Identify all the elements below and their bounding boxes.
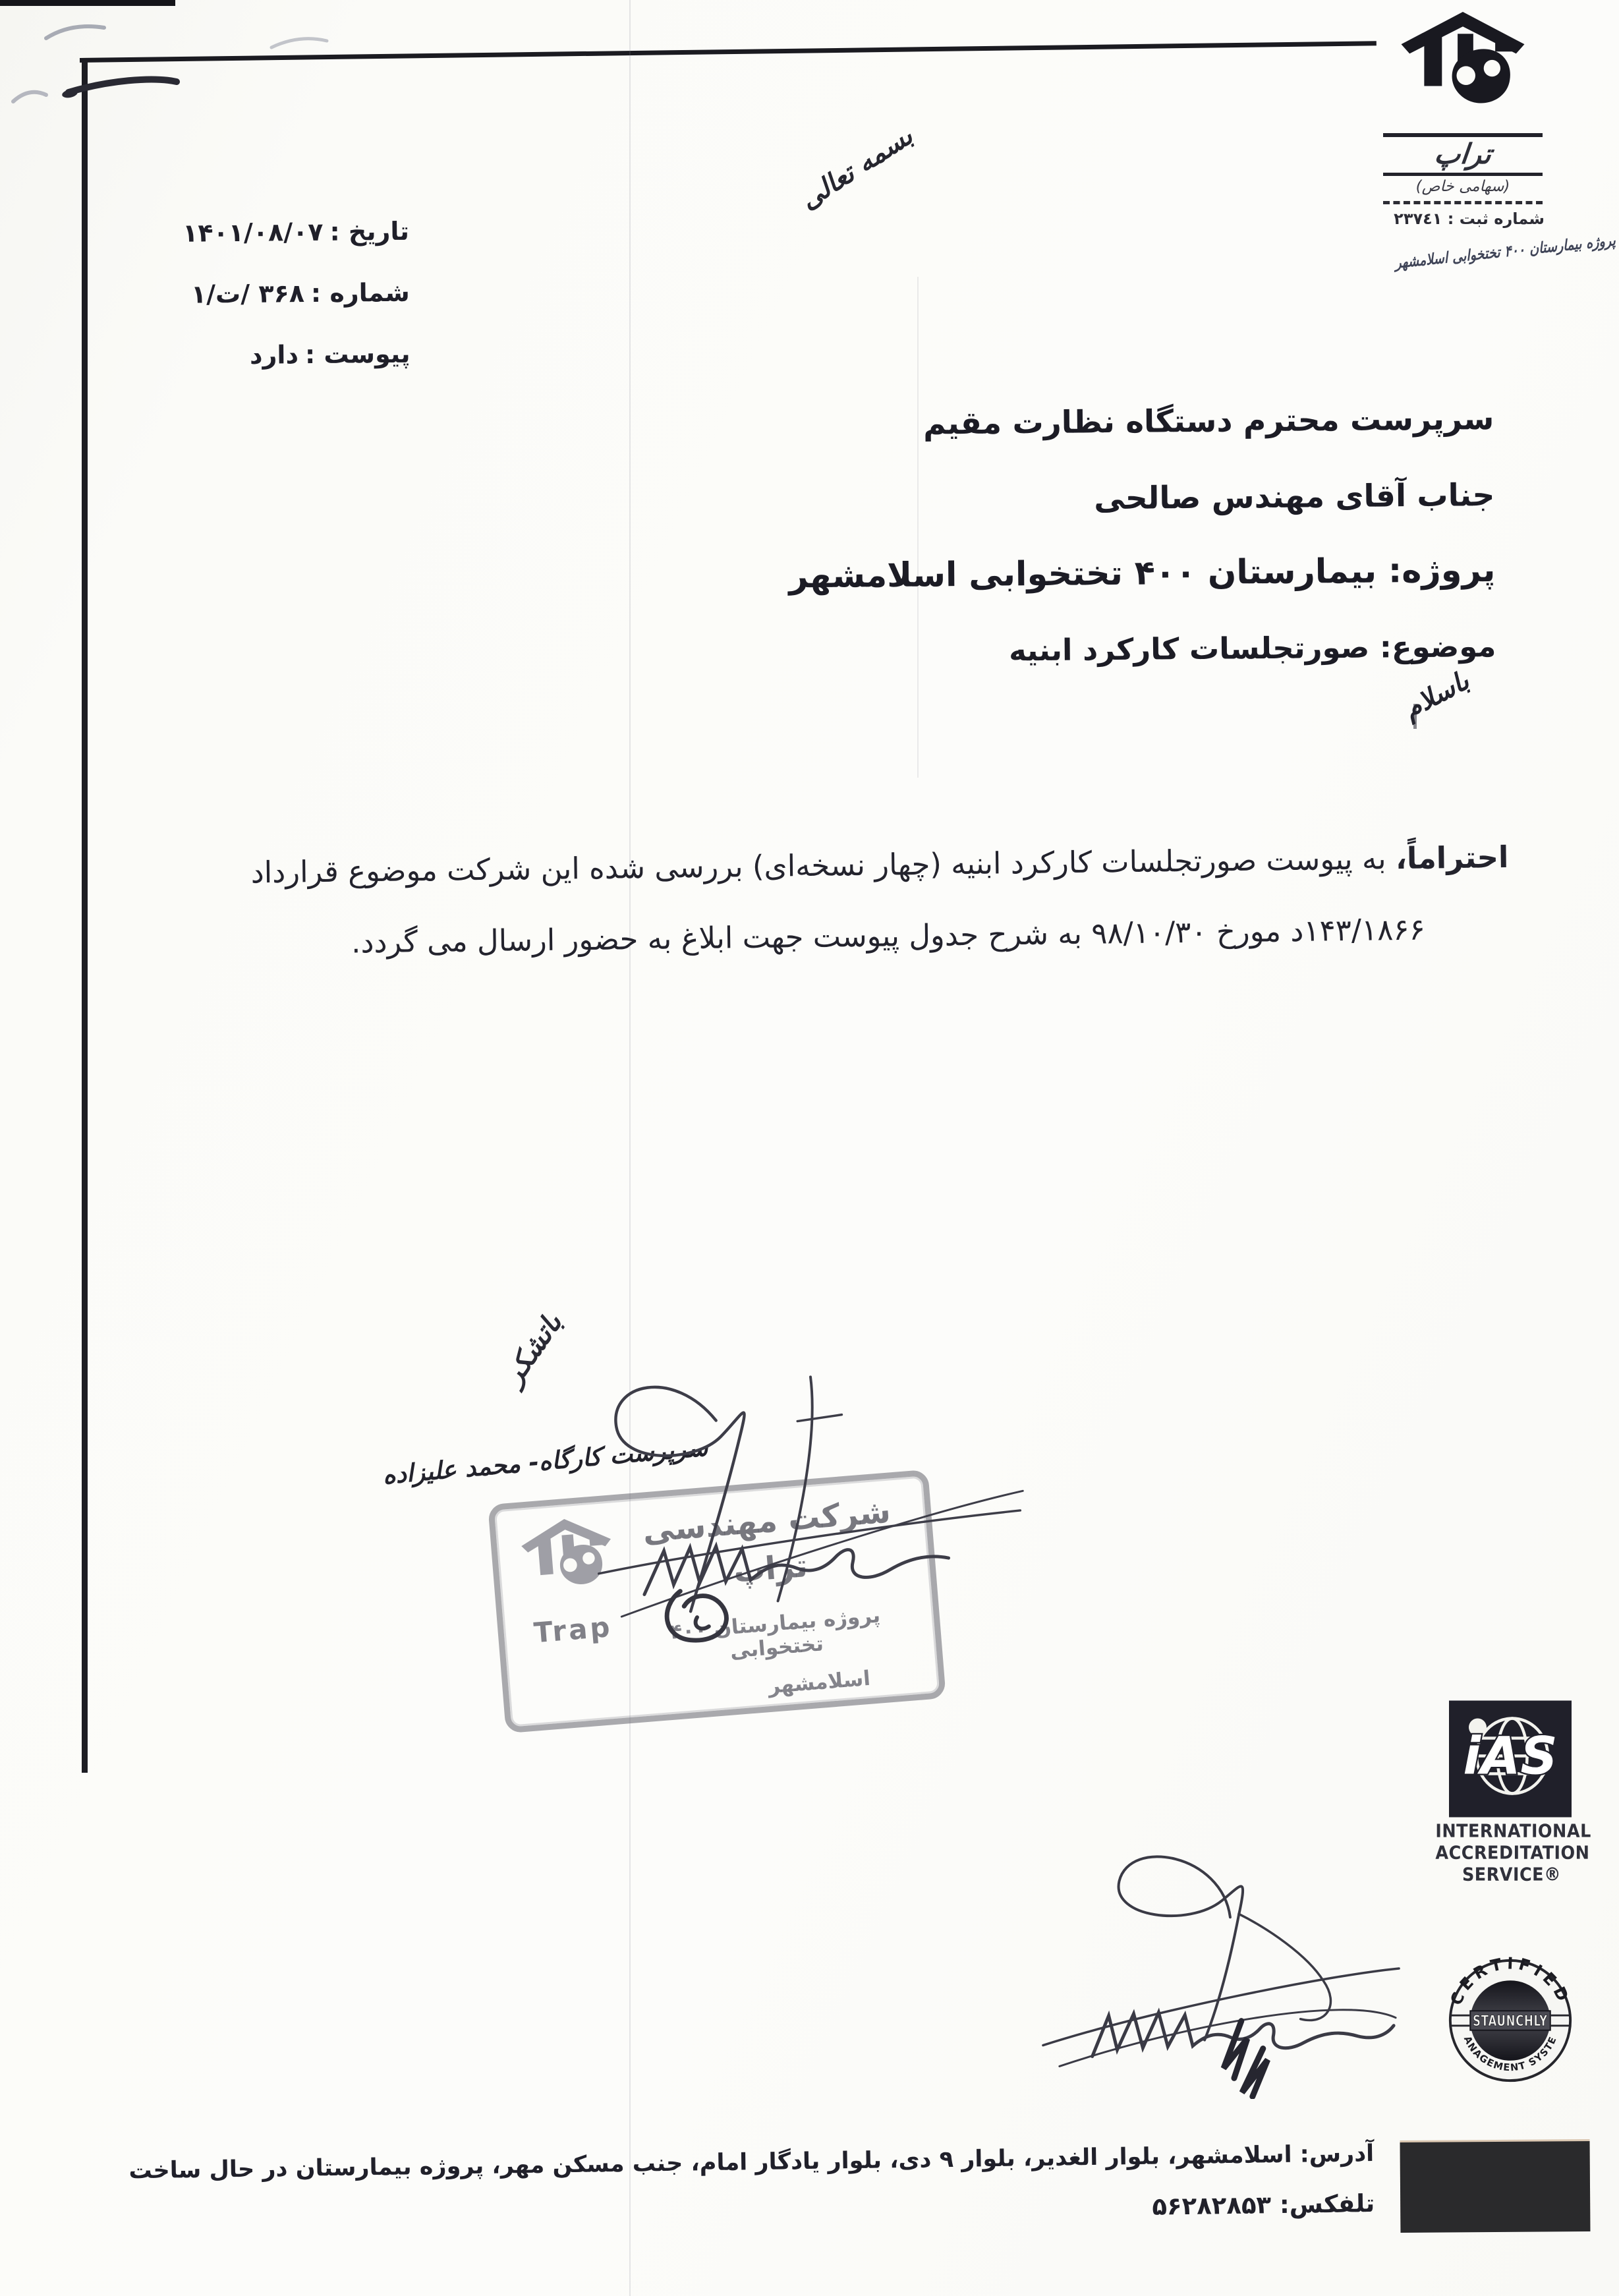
number-row: شماره :۳۶۸ /ت/۱ xyxy=(212,278,411,341)
footer-address: آدرس: اسلامشهر، بلوار الغدیر، بلوار ۹ دی… xyxy=(128,2140,1374,2184)
left-border-rule xyxy=(82,61,88,1773)
body-line-2: ۱۴۳/۱۸۶۶د مورخ ۹۸/۱۰/۳۰ به شرح جدول پیوس… xyxy=(349,909,1425,963)
registration-number: شماره ثبت : ٢٣٧٤١ xyxy=(1381,210,1545,228)
ias-caption-line3: SERVICE® xyxy=(1435,1864,1587,1886)
ias-caption: INTERNATIONAL ACCREDITATION SERVICE® xyxy=(1435,1821,1587,1886)
company-type: (سهامی خاص) xyxy=(1381,178,1545,195)
recipient-name: جناب آقای مهندس صالحی xyxy=(788,477,1495,557)
ias-caption-line2: ACCREDITATION xyxy=(1435,1843,1587,1864)
letterhead-divider xyxy=(1383,133,1543,137)
recipient-block: سرپرست محترم دستگاه نظارت مقیم جناب آقای… xyxy=(787,401,1496,701)
number-label: شماره : xyxy=(311,278,410,308)
letterhead: تراپ (سهامی خاص) شماره ثبت : ٢٣٧٤١ xyxy=(1381,5,1545,228)
body-line-1-text: به پیوست صورتجلسات کارکرد ابنیه (چهار نس… xyxy=(250,841,1396,890)
letter-body: احتراماً، به پیوست صورتجلسات کارکرد ابنی… xyxy=(349,837,1510,963)
date-label: تاریخ : xyxy=(329,217,409,246)
handwritten-project-note: پروژه بیمارستان ۴۰۰ تختخوابی اسلامشهر xyxy=(1395,232,1616,272)
closing-thanks: باتشکر xyxy=(497,1307,569,1390)
attachment-value: دارد xyxy=(250,340,298,370)
scanned-letter-page: تراپ (سهامی خاص) شماره ثبت : ٢٣٧٤١ پروژه… xyxy=(0,0,1619,2296)
seal-center-text: STAUNCHLY xyxy=(1473,2013,1548,2030)
company-name: تراپ xyxy=(1379,138,1546,170)
letter-meta-block: تاریخ :۱۴۰۱/۰۸/۰۷ شماره :۳۶۸ /ت/۱ پیوست … xyxy=(212,217,411,403)
letterhead-divider xyxy=(1383,173,1543,176)
body-lead-word: احتراماً، xyxy=(1396,840,1509,876)
approver-signature-icon xyxy=(1030,1821,1411,2099)
site-supervisor-signature-icon xyxy=(582,1356,1038,1661)
stamp-city-line: اسلامشهر xyxy=(712,1662,926,1703)
project-line: پروژه: بیمارستان ۴۰۰ تختخوابی اسلامشهر xyxy=(789,551,1496,635)
number-value: ۳۶۸ /ت/۱ xyxy=(191,279,304,308)
subject-line: موضوع: صورتجلسات کارکرد ابنیه xyxy=(789,629,1496,701)
date-row: تاریخ :۱۴۰۱/۰۸/۰۷ xyxy=(212,217,410,280)
recipient-title: سرپرست محترم دستگاه نظارت مقیم xyxy=(787,401,1494,483)
redaction-block xyxy=(1400,2141,1591,2233)
pen-scribble-icon xyxy=(3,4,352,149)
attachment-row: پیوست :دارد xyxy=(212,339,411,403)
body-line-1: احتراماً، به پیوست صورتجلسات کارکرد ابنی… xyxy=(349,837,1509,892)
ias-acronym: iAS xyxy=(1463,1727,1557,1787)
ias-caption-line1: INTERNATIONAL xyxy=(1435,1821,1587,1843)
footer: آدرس: اسلامشهر، بلوار الغدیر، بلوار ۹ دی… xyxy=(128,2140,1375,2235)
company-logo-icon xyxy=(1395,5,1531,129)
date-value: ۱۴۰۱/۰۸/۰۷ xyxy=(183,217,324,248)
certified-seal-icon: CERTIFIED MANAGEMENT SYSTEM STAUNCHLY xyxy=(1446,1956,1575,2085)
footer-telefax: تلفکس: ۵۶۲۸۲۸۵۳ xyxy=(129,2189,1375,2235)
ias-logo-icon: iAS xyxy=(1449,1700,1572,1818)
invocation-besmele: بسمه تعالی xyxy=(795,121,918,215)
scanner-streak xyxy=(629,0,631,2296)
letterhead-dashed-divider xyxy=(1383,201,1543,204)
attachment-label: پیوست : xyxy=(305,339,411,369)
